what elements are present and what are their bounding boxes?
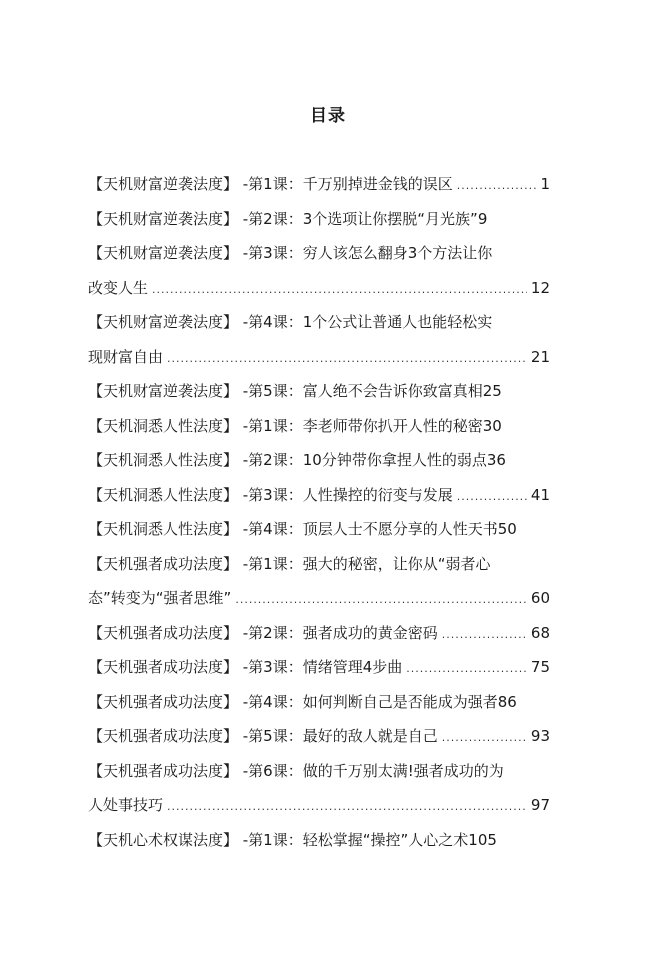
toc-page-number: 1 (540, 172, 550, 196)
toc-entry-line[interactable]: 【天机强者成功法度】 -第5课：最好的敌人就是自己93 (88, 724, 550, 748)
toc-page-number: 68 (531, 621, 550, 645)
toc-entry-line[interactable]: 【天机洞悉人性法度】 -第1课：李老师带你扒开人性的秘密30 (88, 414, 550, 438)
toc-entry-line[interactable]: 【天机强者成功法度】 -第1课：强大的秘密，让你从“弱者心 (88, 552, 550, 576)
toc-entry-text: 改变人生 (88, 276, 148, 300)
toc-entry-text: 【天机强者成功法度】 -第5课：最好的敌人就是自己 (88, 724, 438, 748)
toc-page-number: 9 (478, 207, 488, 231)
toc-page-number: 86 (498, 690, 517, 714)
toc-entry-text: 【天机心术权谋法度】 -第1课：轻松掌握“操控”人心之术 (88, 828, 468, 852)
toc-entry-line[interactable]: 【天机洞悉人性法度】 -第3课：人性操控的衍变与发展41 (88, 483, 550, 507)
toc-entry-line[interactable]: 【天机财富逆袭法度】 -第2课：3个选项让你摆脱“月光族”9 (88, 207, 550, 231)
toc-entry-text: 【天机强者成功法度】 -第2课：强者成功的黄金密码 (88, 621, 438, 645)
toc-entry-line[interactable]: 【天机强者成功法度】 -第2课：强者成功的黄金密码68 (88, 621, 550, 645)
toc-entry-text: 【天机财富逆袭法度】 -第4课：1个公式让普通人也能轻松实 (88, 310, 492, 334)
toc-entry-text: 【天机财富逆袭法度】 -第1课：千万别掉进金钱的误区 (88, 172, 453, 196)
toc-entry-line[interactable]: 【天机洞悉人性法度】 -第2课：10分钟带你拿捏人性的弱点36 (88, 448, 550, 472)
toc-page-number: 12 (531, 276, 550, 300)
toc-page-number: 41 (531, 483, 550, 507)
toc-entry-text: 【天机财富逆袭法度】 -第5课：富人绝不会告诉你致富真相 (88, 379, 483, 403)
toc-page-number: 30 (483, 414, 502, 438)
toc-entry-text: 【天机强者成功法度】 -第1课：强大的秘密，让你从“弱者心 (88, 552, 491, 576)
toc-page-number: 60 (531, 586, 550, 610)
toc-entry-line[interactable]: 【天机洞悉人性法度】 -第4课：顶层人士不愿分享的人性天书50 (88, 517, 550, 541)
toc-page-number: 36 (487, 448, 506, 472)
toc-entry-text: 【天机强者成功法度】 -第3课：情绪管理4步曲 (88, 655, 402, 679)
toc-leader-dots (406, 657, 527, 681)
toc-leader-dots (442, 726, 527, 750)
toc-entry-text: 【天机洞悉人性法度】 -第1课：李老师带你扒开人性的秘密 (88, 414, 483, 438)
toc-entry-text: 【天机财富逆袭法度】 -第2课：3个选项让你摆脱“月光族” (88, 207, 478, 231)
toc-entry-text: 态”转变为“强者思维” (88, 586, 231, 610)
toc-title: 目录 (0, 101, 656, 126)
toc-entry-text: 现财富自由 (88, 345, 163, 369)
toc-entry-text: 【天机洞悉人性法度】 -第4课：顶层人士不愿分享的人性天书 (88, 517, 498, 541)
toc-entry-line[interactable]: 【天机财富逆袭法度】 -第3课：穷人该怎么翻身3个方法让你 (88, 241, 550, 265)
toc-entry-line[interactable]: 态”转变为“强者思维”60 (88, 586, 550, 610)
toc-entry-line[interactable]: 改变人生12 (88, 276, 550, 300)
toc-page-number: 105 (468, 828, 497, 852)
toc-entry-line[interactable]: 【天机强者成功法度】 -第4课：如何判断自己是否能成为强者86 (88, 690, 550, 714)
toc-leader-dots (152, 278, 527, 302)
toc-entry-text: 【天机财富逆袭法度】 -第3课：穷人该怎么翻身3个方法让你 (88, 241, 492, 265)
toc-entry-text: 【天机强者成功法度】 -第6课：做的千万别太满!强者成功的为 (88, 759, 504, 783)
toc-page-number: 93 (531, 724, 550, 748)
toc-page-number: 50 (498, 517, 517, 541)
toc-entry-line[interactable]: 【天机心术权谋法度】 -第1课：轻松掌握“操控”人心之术105 (88, 828, 550, 852)
toc-entry-text: 【天机强者成功法度】 -第4课：如何判断自己是否能成为强者 (88, 690, 498, 714)
toc-entry-line[interactable]: 人处事技巧97 (88, 793, 550, 817)
toc-entry-text: 人处事技巧 (88, 793, 163, 817)
toc-leader-dots (167, 795, 527, 819)
toc-entry-text: 【天机洞悉人性法度】 -第3课：人性操控的衍变与发展 (88, 483, 453, 507)
toc-entry-text: 【天机洞悉人性法度】 -第2课：10分钟带你拿捏人性的弱点 (88, 448, 487, 472)
toc-leader-dots (457, 174, 537, 198)
toc-entry-line[interactable]: 【天机财富逆袭法度】 -第4课：1个公式让普通人也能轻松实 (88, 310, 550, 334)
toc-leader-dots (235, 588, 527, 612)
toc-page-number: 97 (531, 793, 550, 817)
toc-entry-line[interactable]: 【天机财富逆袭法度】 -第1课：千万别掉进金钱的误区1 (88, 172, 550, 196)
toc-page-number: 25 (483, 379, 502, 403)
toc-entry-line[interactable]: 现财富自由21 (88, 345, 550, 369)
toc-entry-line[interactable]: 【天机财富逆袭法度】 -第5课：富人绝不会告诉你致富真相25 (88, 379, 550, 403)
toc-entry-line[interactable]: 【天机强者成功法度】 -第6课：做的千万别太满!强者成功的为 (88, 759, 550, 783)
toc-leader-dots (442, 623, 527, 647)
toc-page-number: 21 (531, 345, 550, 369)
toc-entry-line[interactable]: 【天机强者成功法度】 -第3课：情绪管理4步曲75 (88, 655, 550, 679)
toc-leader-dots (167, 347, 527, 371)
toc-page-number: 75 (531, 655, 550, 679)
toc-leader-dots (457, 485, 527, 509)
